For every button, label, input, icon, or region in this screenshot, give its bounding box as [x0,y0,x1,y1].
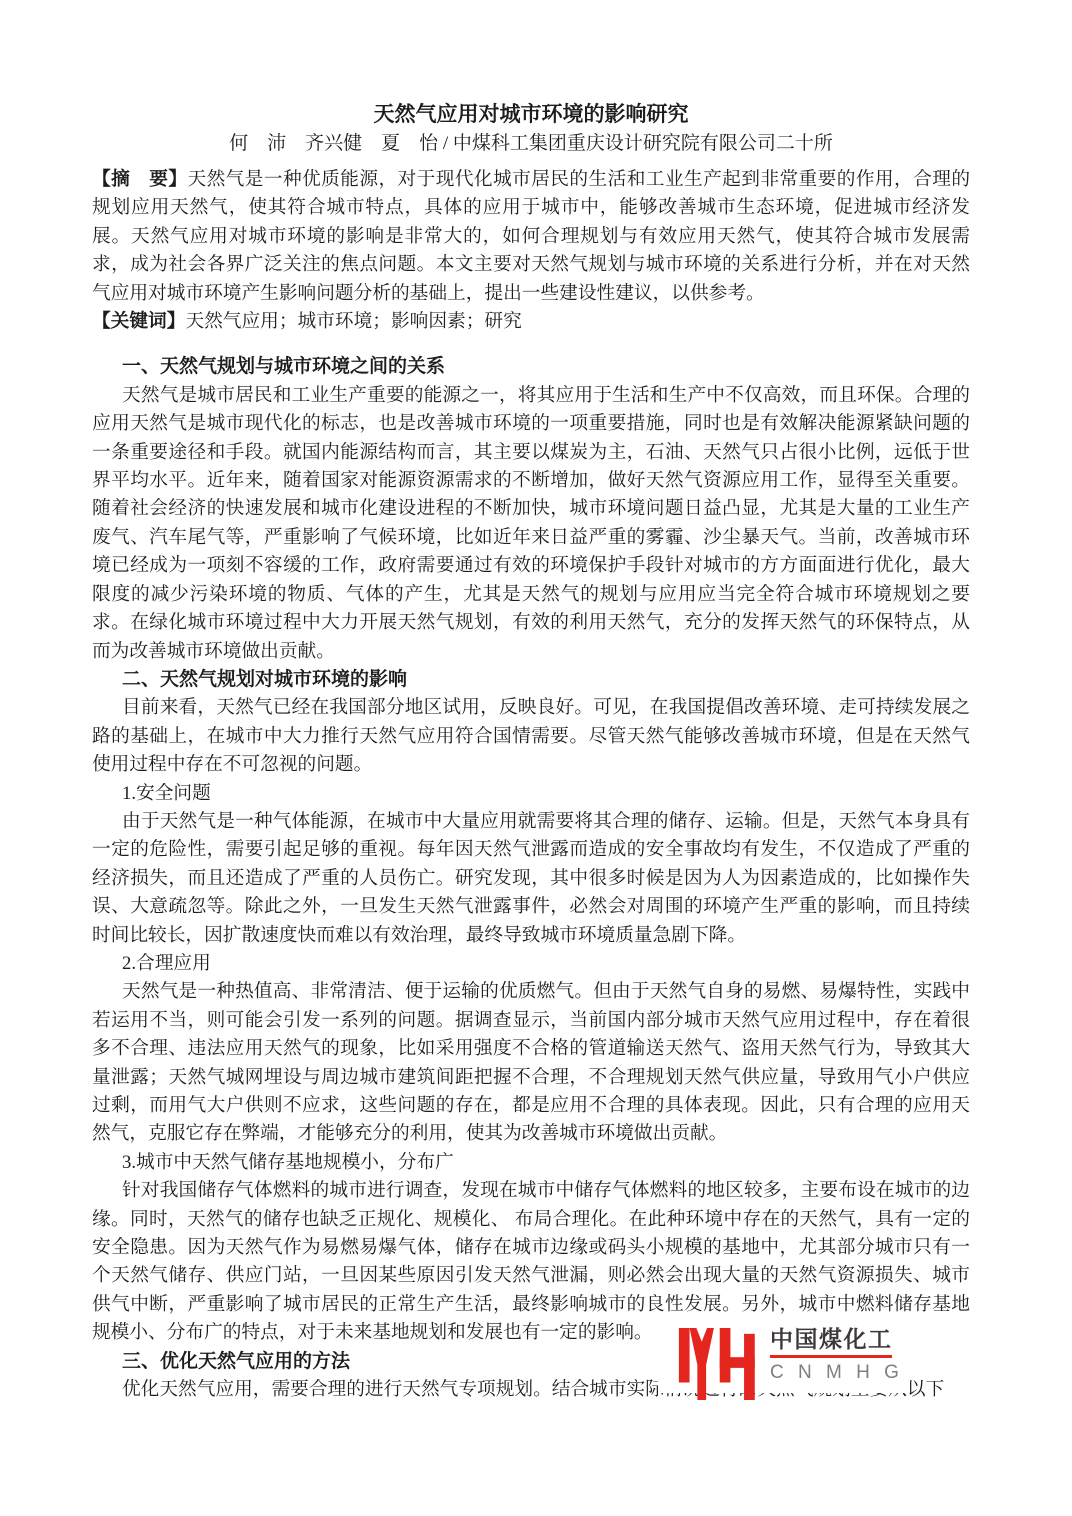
section-1-heading: 一、天然气规划与城市环境之间的关系 [92,353,970,381]
subsection-2-heading: 2.合理应用 [92,950,970,978]
watermark-text-block: 中国煤化工 C N M H G [770,1326,910,1385]
subsection-3-paragraph: 针对我国储存气体燃料的城市进行调查，发现在城市中储存气体燃料的地区较多，主要布设… [92,1177,970,1347]
subsection-3-heading: 3.城市中天然气储存基地规模小，分布广 [92,1149,970,1177]
keywords-text: 天然气应用；城市环境；影响因素；研究 [185,311,521,332]
keywords-label: 【关键词】 [92,311,185,332]
brand-code: C N M H G [770,1361,910,1385]
section-gap [92,336,970,353]
article-content: 天然气应用对城市环境的影响研究 何 沛 齐兴健 夏 怡 / 中煤科工集团重庆设计… [92,100,970,1404]
subsection-1-heading: 1.安全问题 [92,780,970,808]
page-title: 天然气应用对城市环境的影响研究 [92,100,970,129]
document-page: 天然气应用对城市环境的影响研究 何 沛 齐兴健 夏 怡 / 中煤科工集团重庆设计… [0,0,1072,1516]
watermark-logo: 中国煤化工 C N M H G [658,1326,910,1393]
keywords: 【关键词】天然气应用；城市环境；影响因素；研究 [92,308,970,336]
section-2-intro: 目前来看，天然气已经在我国部分地区试用，反映良好。可见，在我国提倡改善环境、走可… [92,694,970,779]
red-rule [770,1355,892,1358]
abstract-text: 天然气是一种优质能源，对于现代化城市居民的生活和工业生产起到非常重要的作用，合理… [92,169,970,304]
abstract: 【摘 要】天然气是一种优质能源，对于现代化城市居民的生活和工业生产起到非常重要的… [92,166,970,308]
section-2-heading: 二、天然气规划对城市环境的影响 [92,666,970,694]
brand-name: 中国煤化工 [770,1326,910,1353]
abstract-label: 【摘 要】 [92,169,187,190]
subsection-1-paragraph: 由于天然气是一种气体能源，在城市中大量应用就需要将其合理的储存、运输。但是，天然… [92,808,970,950]
subsection-2-paragraph: 天然气是一种热值高、非常清洁、便于运输的优质燃气。但由于天然气自身的易燃、易爆特… [92,978,970,1148]
byline: 何 沛 齐兴健 夏 怡 / 中煤科工集团重庆设计研究院有限公司二十所 [92,129,970,158]
mh-monogram-icon [664,1328,756,1400]
section-1-paragraph: 天然气是城市居民和工业生产重要的能源之一，将其应用于生活和生产中不仅高效，而且环… [92,382,970,666]
